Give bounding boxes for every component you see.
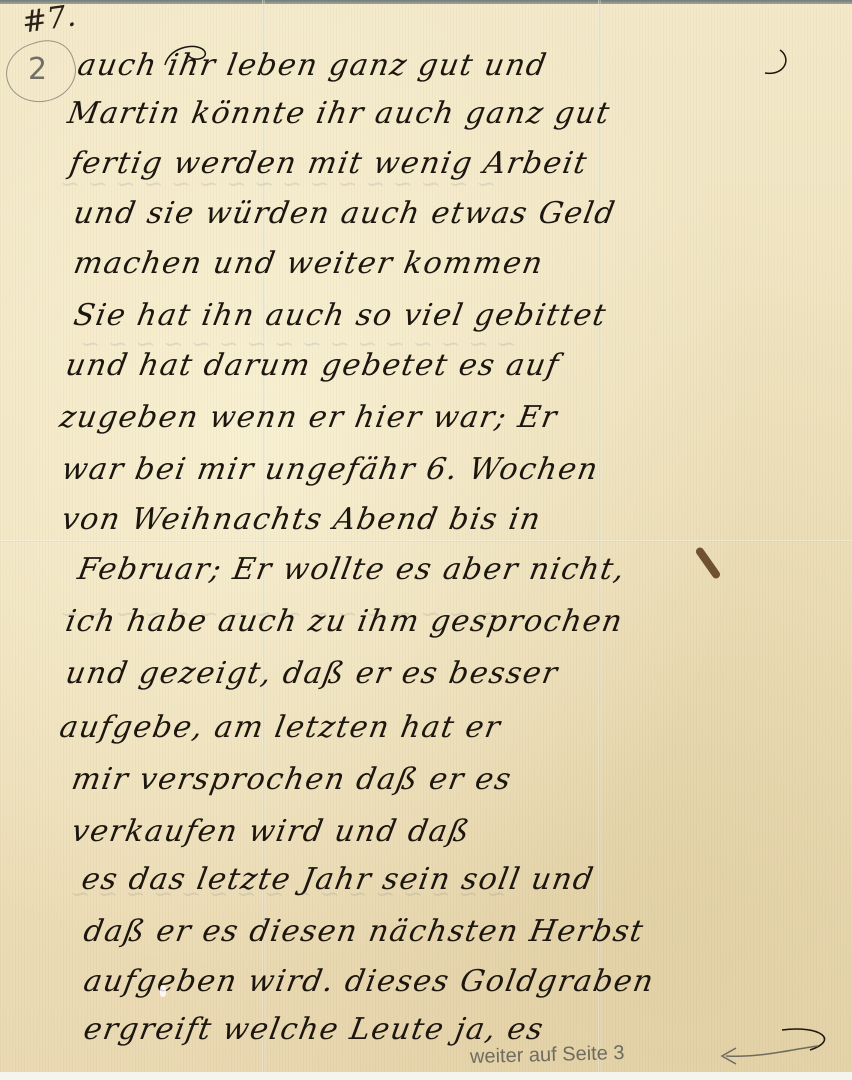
- paper-fold: [0, 540, 852, 542]
- letter-line: zugeben wenn er hier war; Er: [57, 400, 561, 435]
- letter-page: ~ ~ ~ ~ ~ ~ ~ ~ ~ ~ ~ ~ ~ ~ ~ ~ ~ ~ ~ ~ …: [0, 0, 852, 1080]
- ink-flourish: [760, 48, 800, 78]
- page-number: 2: [28, 52, 47, 87]
- letter-line: daß er es diesen nächsten Herbst: [81, 914, 647, 949]
- letter-line: und sie würden auch etwas Geld: [71, 196, 619, 231]
- letter-line: ergreift welche Leute ja, es: [81, 1012, 547, 1047]
- letter-line: mir versprochen daß er es: [69, 762, 515, 797]
- letter-line: Sie hat ihn auch so viel gebittet: [71, 298, 610, 333]
- letter-line: aufgeben wird. dieses Goldgraben: [81, 964, 657, 999]
- letter-line: Martin könnte ihr auch ganz gut: [65, 96, 613, 131]
- paper-fold: [598, 0, 601, 1072]
- letter-line: und hat darum gebetet es auf: [63, 348, 562, 383]
- letter-line: verkaufen wird und daß: [69, 814, 473, 849]
- letter-line: aufgebe, am letzten hat er: [57, 710, 504, 745]
- pencil-arrow-icon: [718, 1038, 828, 1068]
- page-marker: #7.: [20, 0, 78, 41]
- letter-line: war bei mir ungefähr 6. Wochen: [59, 452, 602, 487]
- letter-line: und gezeigt, daß er es besser: [63, 656, 561, 691]
- scan-top-edge: [0, 0, 852, 4]
- letter-line: ich habe auch zu ihm gesprochen: [63, 604, 626, 639]
- letter-line: fertig werden mit wenig Arbeit: [67, 146, 591, 181]
- letter-line: machen und weiter kommen: [71, 246, 547, 281]
- letter-line: auch ihr leben ganz gut und: [75, 48, 550, 83]
- letter-line: es das letzte Jahr sein soll und: [79, 862, 597, 897]
- scan-bottom-edge: [0, 1072, 852, 1080]
- ink-blot: [694, 546, 721, 580]
- letter-line: Februar; Er wollte es aber nicht,: [75, 552, 628, 587]
- pencil-annotation: weiter auf Seite 3: [470, 1042, 625, 1069]
- letter-line: von Weihnachts Abend bis in: [59, 502, 544, 537]
- paper-stain: [160, 985, 166, 997]
